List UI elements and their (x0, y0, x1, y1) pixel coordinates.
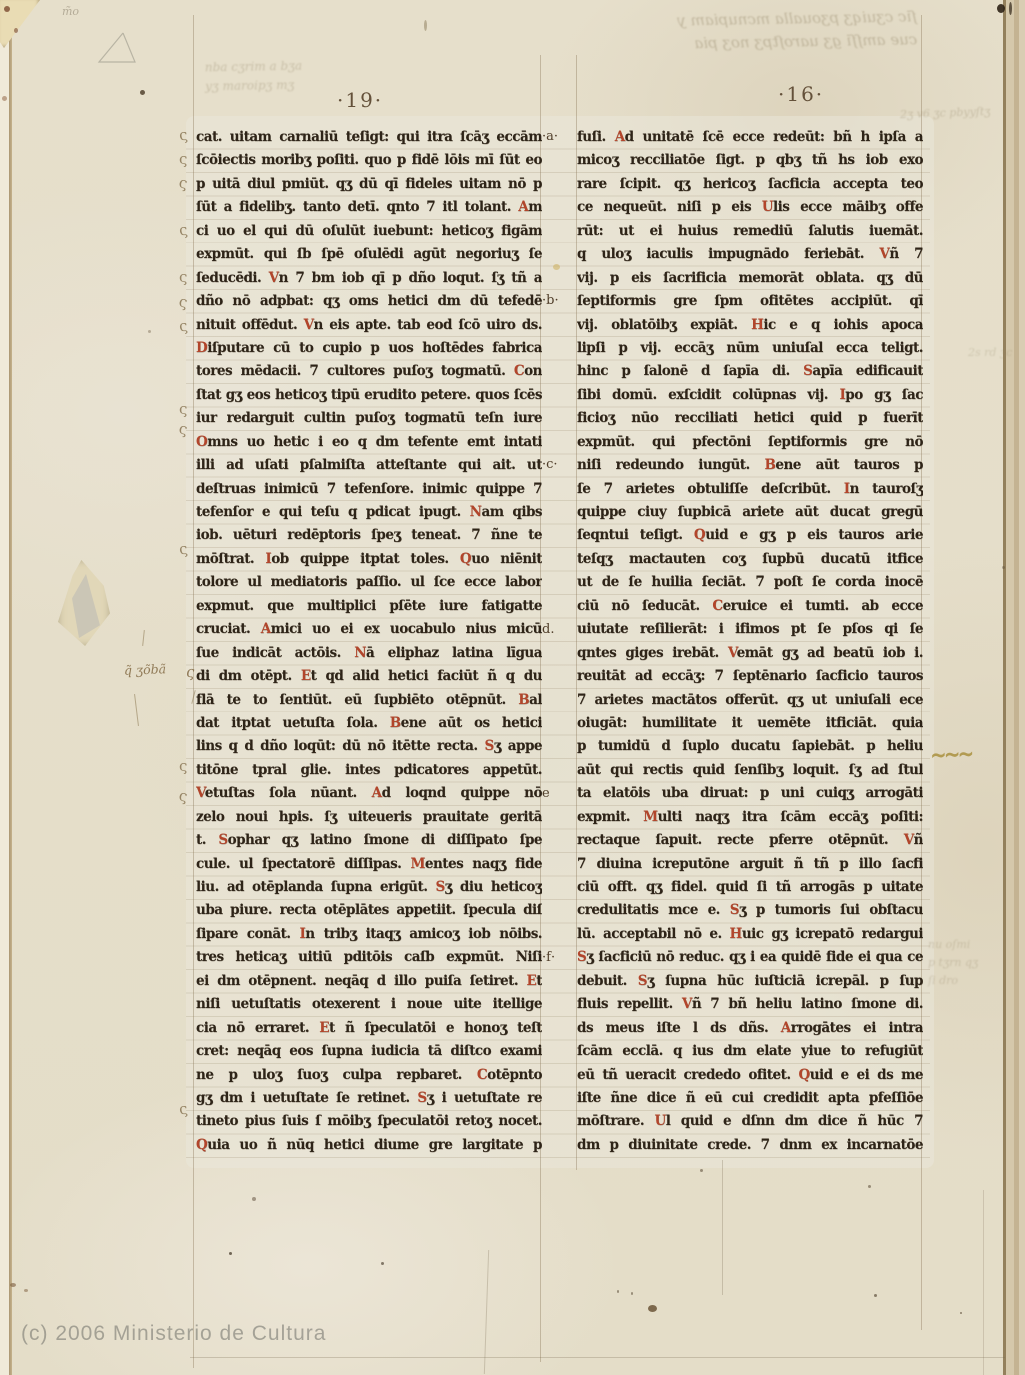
parchment-speck (252, 1197, 256, 1201)
parchment-speck (960, 1312, 962, 1314)
gloss-pen-stroke (134, 694, 139, 726)
manuscript-line: rūt: ut ei huius remediū ſalutis iuemāt. (577, 220, 923, 243)
left-page-edge (0, 0, 9, 1375)
manuscript-line: uba piure. recta otēplātes appetiit. ſpe… (196, 899, 542, 922)
manuscript-line: zelo noui hpis. ſʒ uiteueris prauitate g… (196, 806, 542, 829)
manuscript-line: q uloʒ iaculis impugnādo feriebāt. Vñ 7 (577, 243, 923, 266)
manuscript-line: qntes giges irebāt. Vemāt gʒ ad beatū io… (577, 642, 923, 665)
manuscript-line: ce nequeūt. niſi p eis Ulis ecce māibʒ o… (577, 196, 923, 219)
manuscript-line: Diſputare cū to cupio p uos hoſtēdes fab… (196, 337, 542, 360)
manuscript-line: ſeptiformis gre ſpm ofitētes accipiūt. q… (577, 290, 923, 313)
parchment-speck (617, 1290, 619, 1293)
manuscript-line: ſibi domū. exſcidit colūpnas vij. Ipo gʒ… (577, 384, 923, 407)
manuscript-line: illi ad uſati pſalmiſta atteſtante qui a… (196, 454, 542, 477)
parchment-speck (24, 1289, 28, 1292)
manuscript-line: quippe ciuy ſupbicā ariete aūt ducat gre… (577, 501, 923, 524)
manuscript-line: micoʒ recciliatōe ſigt. p qbʒ tñ hs iob … (577, 149, 923, 172)
manuscript-line: hinc p ſalonē d ſapīa di. Sapīa edificau… (577, 360, 923, 383)
crease-vertical (722, 1160, 723, 1295)
gutter-reference-letter: e (542, 786, 576, 801)
paraph-mark: ς (179, 757, 187, 775)
manuscript-line: vij. p eis ſacrificia memorāt oblata. qʒ… (577, 267, 923, 290)
marginal-gloss: q̃ ʒõbã (124, 661, 167, 677)
manuscript-line: nituit offēdut. Vn eis apte. tab eod ſcō… (196, 314, 542, 337)
manuscript-line: cruciat. Amici uo ei ex uocabulo nius mi… (196, 618, 542, 641)
gutter-reference-letter: ·b· (542, 293, 576, 308)
parchment-speck (4, 6, 10, 12)
gutter-reference-letter: ·c· (542, 457, 576, 472)
manuscript-line: expmūt. qui pfectōni ſeptiformis gre nō (577, 431, 923, 454)
manuscript-line: expmut. que multiplici pſēte iure fatiga… (196, 595, 542, 618)
copyright-watermark: (c) 2006 Ministerio de Cultura (21, 1322, 326, 1346)
gloss-bracket-mark: ς (186, 663, 195, 681)
crease-vertical (484, 1250, 489, 1374)
paraph-mark: ς (179, 400, 187, 418)
faint-pencil-note: m̃o (62, 5, 79, 18)
parchment-speck (553, 264, 560, 270)
text-column-left: cat. uitam carnaliū teſigt: qui itra ſcā… (196, 126, 542, 1157)
showthrough-script-right: 2ʒ v6 ʒc pbyyſtʒ (900, 104, 1018, 121)
manuscript-line: ciū offt. qʒ fidel. quid ſi tñ arrogās p… (577, 876, 923, 899)
manuscript-line: lū. acceptabil nō e. Huic gʒ icrepatō re… (577, 923, 923, 946)
manuscript-line: iob. uēturi redēptoris ſpeʒ teneat. 7 ñn… (196, 524, 542, 547)
manuscript-line: ſue indicāt actōis. Nā eliphaz latina lī… (196, 642, 542, 665)
manuscript-line: debuit. Sʒ ſupna hūc iuſticiā icrepāl. p… (577, 970, 923, 993)
manuscript-line: lins q d dño loqūt: dū nō itētte recta. … (196, 735, 542, 758)
manuscript-line: reuitāt ad eccāʒ: 7 ſeptēnario ſacficio … (577, 665, 923, 688)
manuscript-line: p uitā diul pmiūt. qʒ dū qī fideles uita… (196, 173, 542, 196)
manuscript-line: dm p diuinitate crede. 7 dnm ex incarnat… (577, 1134, 923, 1157)
parchment-speck (648, 1305, 657, 1312)
manuscript-line: tefenſor e qui teſu q pdicat ipugt. Nam … (196, 501, 542, 524)
crease-horizontal (190, 1357, 1005, 1358)
gutter-reference-letter: d. (542, 622, 576, 637)
showthrough-line: ſi dro (928, 972, 1020, 990)
next-folio-edge (1006, 0, 1014, 1375)
manuscript-line: ſcām ecclā. q ius dm elate yiue to refug… (577, 1040, 923, 1063)
manuscript-line: dño nō adpbat: qʒ oms hetici dm dū tefed… (196, 290, 542, 313)
gutter-reference-letter: ·f· (542, 950, 576, 965)
manuscript-line: niſi redeundo iungūt. Bene aūt tauros p (577, 454, 923, 477)
parchment-speck (631, 1292, 633, 1295)
folio-number-left: ·19· (337, 88, 383, 112)
showthrough-script-right-lower: nu oſmi p tʒrn qʒ ſi dro (928, 936, 1020, 990)
manuscript-line: rare ſcipit. qʒ hericoʒ ſacficia accepta… (577, 173, 923, 196)
manuscript-line: p tumidū d ſuplo ducatu ſapiebāt. p heli… (577, 735, 923, 758)
manuscript-line: tres heticaʒ uitiū pditōis caſb expmūt. … (196, 946, 542, 969)
manuscript-line: 7 diuina icreputōne arguit ñ tñ p illo ſ… (577, 853, 923, 876)
manuscript-line: mōſtrat. Iob quippe itptat toles. Quo ni… (196, 548, 542, 571)
manuscript-line: titōne tpral glie. intes pdicatores appe… (196, 759, 542, 782)
parchment-speck (874, 1294, 877, 1297)
manuscript-line: Sʒ ſacficiū nō reduc. qʒ i ea quidē fide… (577, 946, 923, 969)
manuscript-line: rectaque ſapuit. recte pferre otēpnūt. V… (577, 829, 923, 852)
manuscript-line: oiugāt: humilitate it uemēte itficiāt. q… (577, 712, 923, 735)
manuscript-line: iſte ñne dice ñ eū cui credidit apta pfe… (577, 1087, 923, 1110)
gutter-reference-letter: ·a· (542, 129, 576, 144)
manuscript-line: cule. ul ſpectatorē diſſipas. Mentes naq… (196, 853, 542, 876)
next-folio-edge-light (1019, 0, 1025, 1375)
manuscript-line: ſeducēdi. Vn 7 bm iob qī p dño loqut. ſʒ… (196, 267, 542, 290)
manuscript-line: mōſtrare. Ul quid e dſnn dm dice ñ hūc 7 (577, 1110, 923, 1133)
showthrough-line: nu oſmi (928, 936, 1020, 954)
manuscript-line: dat itptat uetuſta ſola. Bene aūt os het… (196, 712, 542, 735)
manuscript-line: cat. uitam carnaliū teſigt: qui itra ſcā… (196, 126, 542, 149)
manuscript-line: ſipare conāt. In tribʒ itaqʒ amicoʒ iob … (196, 923, 542, 946)
manuscript-line: Vetuſtas ſola nūant. Ad loqnd quippe nō (196, 782, 542, 805)
manuscript-line: tineto pius ſuis ſ mōibʒ ſpeculatōi reto… (196, 1110, 542, 1133)
left-binding-line (9, 0, 12, 1375)
manuscript-line: Omns uo hetic i eo q dm tefente emt inta… (196, 431, 542, 454)
parchment-speck (10, 1283, 16, 1287)
manuscript-line: flā te to ſentiūt. eū ſupbiēto otēpnūt. … (196, 689, 542, 712)
parchment-speck (1009, 2, 1012, 15)
manuscript-line: vij. oblatōibʒ expiāt. Hic e q iohis apo… (577, 314, 923, 337)
manuscript-line: ſtat gʒ eos heticoʒ tipū erudito petere.… (196, 384, 542, 407)
manuscript-line: cia nō erraret. Et ñ ſpeculatōi e honoʒ … (196, 1017, 542, 1040)
manuscript-line: lipſi p vij. eccāʒ nūm uniuſal ecca teli… (577, 337, 923, 360)
parchment-speck (140, 90, 145, 95)
manuscript-line: expmūt. qui ſb ſpē oſulēdi agūt negoriuʒ… (196, 243, 542, 266)
manuscript-line: ſūt a fidelibʒ. tanto detī. qnto 7 itl t… (196, 196, 542, 219)
text-column-right: fuſi. Ad unitatē ſcē ecce redeūt: bñ h i… (577, 126, 923, 1157)
parchment-speck (868, 1185, 871, 1188)
manuscript-line: liu. ad otēplanda ſupna erigūt. Sʒ diu h… (196, 876, 542, 899)
paraph-mark: ς (179, 150, 187, 168)
manuscript-line: tolore ul mediatoris paſſio. ul ſce ecce… (196, 571, 542, 594)
manuscript-line: ſe 7 arietes obtuliſſe deſcribūt. In tau… (577, 478, 923, 501)
showthrough-script-right-mid: 2s rd ʒc (968, 346, 1022, 359)
manuscript-page: ſic cʒuiqʒ pʒoualla mcnupiam y cue amſſi… (0, 0, 1025, 1375)
manuscript-line: niſi uetuſtatis otexerent i noue uite it… (196, 993, 542, 1016)
showthrough-line: cue amſſi gʒ uaroſtpʒ noʒ pia (612, 28, 917, 56)
manuscript-line: fuſi. Ad unitatē ſcē ecce redeūt: bñ h i… (577, 126, 923, 149)
manuscript-line: cret: neqāq eos ſupna iudicia tā diſtco … (196, 1040, 542, 1063)
manuscript-line: tores mēdacii. 7 cultores puſoʒ togmatū.… (196, 360, 542, 383)
manuscript-line: ci uo el qui dū oſulūt iuebunt: heticoʒ … (196, 220, 542, 243)
parchment-speck (997, 4, 1005, 13)
showthrough-line: p tʒrn qʒ (928, 954, 1020, 972)
manuscript-line: ta elatōis uba diruat: p uni cuiqʒ arrog… (577, 782, 923, 805)
manuscript-line: Quia uo ñ nūq hetici diume gre largitate… (196, 1134, 542, 1157)
showthrough-script-top: ſic cʒuiqʒ pʒoualla mcnupiam y cue amſſi… (612, 5, 918, 56)
manuscript-line: ciū nō ſeducāt. Ceruice ei tumti. ab ecc… (577, 595, 923, 618)
crease-vertical (983, 1190, 984, 1375)
paraph-mark: ς (179, 268, 187, 286)
parchment-speck (229, 1252, 232, 1255)
parchment-speck (700, 1169, 703, 1172)
manuscript-line: ds meus iſte l ds dñs. Arrogātes ei intr… (577, 1017, 923, 1040)
manuscript-line: uiutate reſilierāt: i ifimos pt ſe pſos … (577, 618, 923, 641)
manuscript-line: gʒ dm i uetuſtate ſe retinet. Sʒ i uetuſ… (196, 1087, 542, 1110)
parchment-speck (148, 330, 151, 333)
pen-trial-squiggle: ~~~ (930, 739, 972, 770)
manuscript-line: deſtruas inimicū 7 tefenſore. inimic qui… (196, 478, 542, 501)
parchment-speck (2, 96, 7, 101)
manuscript-line: ne p uloʒ ſuoʒ culpa repbaret. Cotēpnto (196, 1064, 542, 1087)
manuscript-line: iur redarguit cultin puſoʒ togmatū teſn … (196, 407, 542, 430)
manuscript-line: ei dm otēpnent. neqāq d illo puiſa ſetir… (196, 970, 542, 993)
manuscript-line: aūt qui rectis quid ſenſibʒ loquit. ſʒ a… (577, 759, 923, 782)
parchment-speck (14, 28, 18, 33)
manuscript-line: ficioʒ nūo recciliati hetici quid p fuer… (577, 407, 923, 430)
manuscript-line: eū tñ ueracit crededo ofitet. Quid e ei … (577, 1064, 923, 1087)
manuscript-line: ſcōiectis moribʒ poſiti. quo p fidē lōis… (196, 149, 542, 172)
manuscript-line: di dm otēpt. Et qd alid hetici faciūt ñ … (196, 665, 542, 688)
folio-number-right: ·16· (778, 82, 824, 106)
manuscript-line: ſeqntui teſigt. Quid e gʒ p eis tauros a… (577, 524, 923, 547)
gloss-pen-stroke (142, 630, 145, 646)
manuscript-line: credulitatis mce e. Sʒ p tumoris ſui obſ… (577, 899, 923, 922)
parchment-speck (424, 20, 427, 31)
manuscript-line: t. Sophar qʒ latino ſmone di diſſipato ſ… (196, 829, 542, 852)
manuscript-line: expmit. Multi naqʒ itra ſcām eccāʒ poſit… (577, 806, 923, 829)
pencil-triangle-mark (96, 31, 138, 65)
manuscript-line: ut de ſe huilia ſeciāt. 7 poſt ſe corda … (577, 571, 923, 594)
manuscript-line: teſqʒ mactauten coʒ ſupbū ducatū itfice (577, 548, 923, 571)
parchment-speck (381, 1262, 384, 1265)
parchment-speck (1002, 566, 1005, 569)
manuscript-line: 7 arietes mactātos offerūt. qʒ ut uniuſa… (577, 689, 923, 712)
manuscript-line: fluis repellit. Vñ 7 bñ heliu latino ſmo… (577, 993, 923, 1016)
